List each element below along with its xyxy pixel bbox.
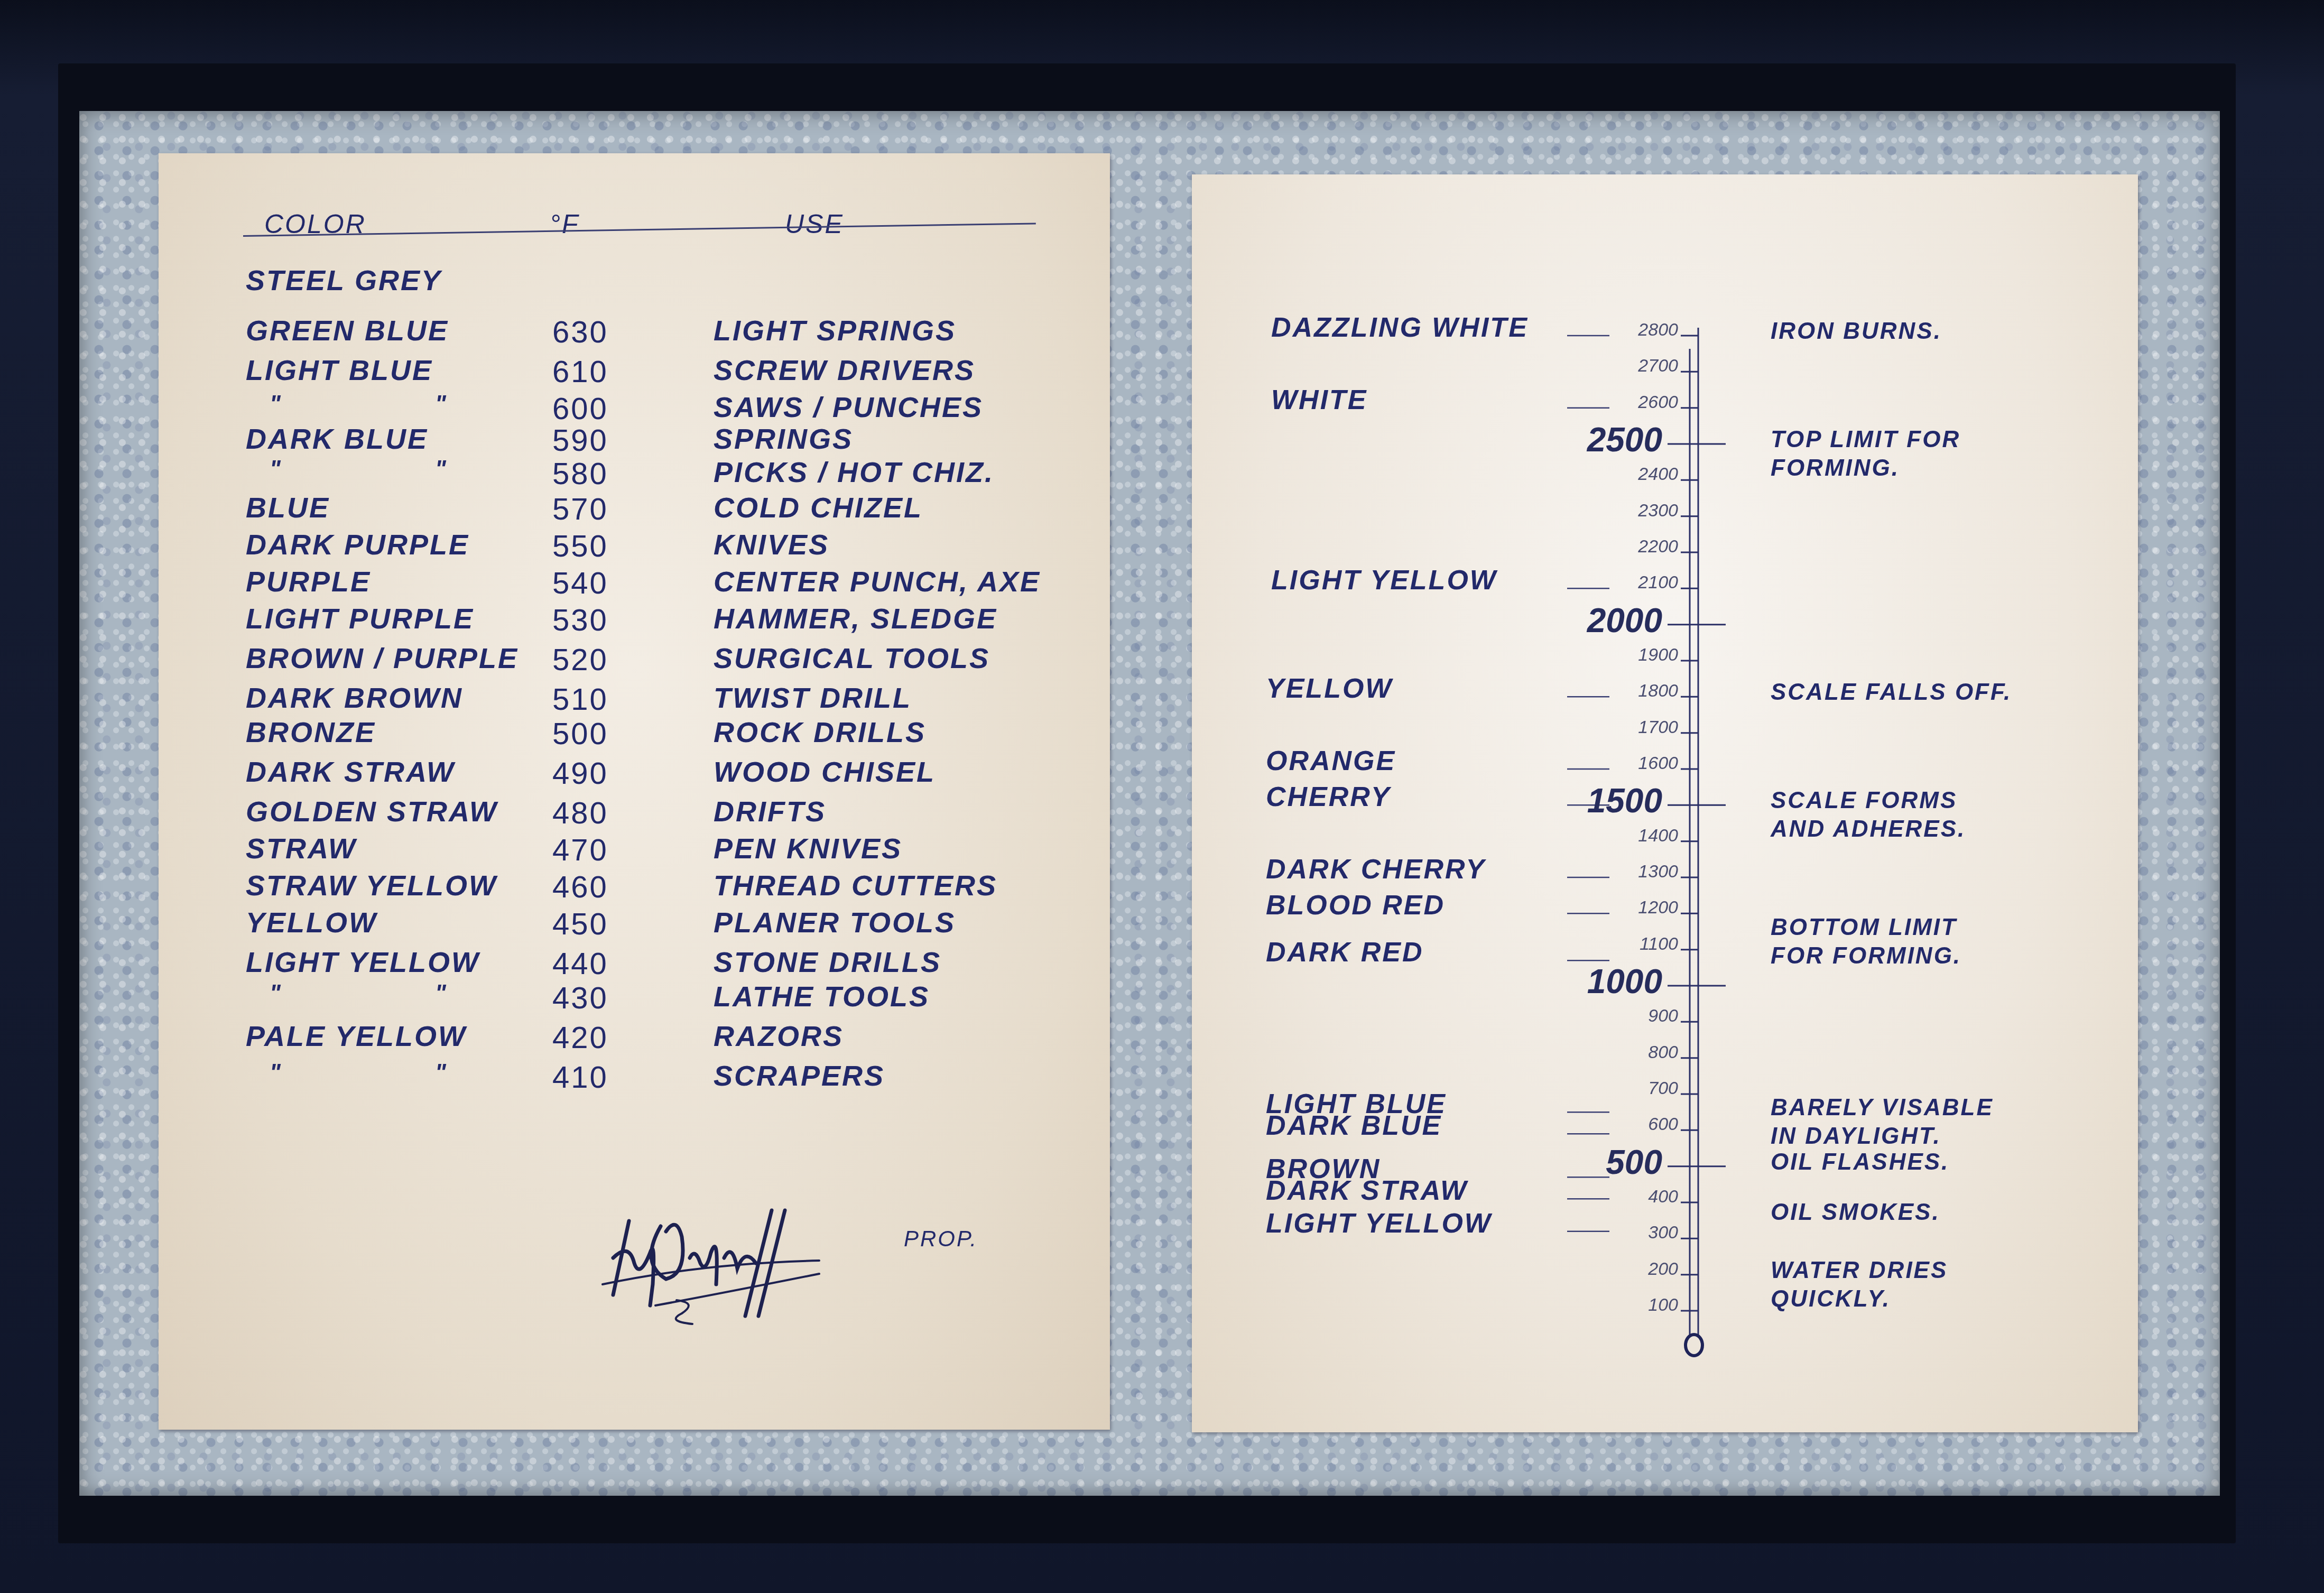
color-cell: " " [246, 1060, 520, 1086]
heat-note: Top Limit for Forming. [1771, 425, 1960, 483]
scale-tick-label: 2100 [1599, 572, 1678, 593]
table-row: LIGHT BLUE610SCREW DRIVERS [159, 354, 1110, 391]
heat-color-label: Blood Red [1266, 890, 1445, 921]
table-row: YELLOW450PLANER TOOLS [159, 906, 1110, 943]
scale-tick-label: 800 [1599, 1042, 1678, 1063]
scale-major-label: 2000 [1546, 601, 1662, 640]
scale-tick-label: 700 [1599, 1078, 1678, 1099]
degree-cell: 550 [552, 529, 608, 564]
color-cell: DARK PURPLE [246, 529, 469, 561]
scale-major-label: 1000 [1546, 962, 1662, 1001]
use-cell: DRIFTS [714, 795, 826, 828]
table-row: BRONZE500ROCK DRILLS [159, 716, 1110, 753]
heat-note: Scale Falls Off. [1771, 678, 2012, 707]
use-cell: HAMMER, SLEDGE [714, 603, 997, 635]
scale-tick-label: 1800 [1599, 681, 1678, 701]
use-cell: RAZORS [714, 1020, 844, 1053]
table-row: LIGHT PURPLE530HAMMER, SLEDGE [159, 603, 1110, 640]
table-row: DARK BLUE590SPRINGS [159, 423, 1110, 460]
heat-color-label: Dark Blue [1266, 1110, 1442, 1142]
heat-note: Oil Flashes. [1771, 1148, 1949, 1177]
scale-tick-label: 2300 [1599, 501, 1678, 521]
signature-suffix: PROP. [904, 1226, 978, 1252]
degree-cell: 600 [552, 391, 608, 427]
color-cell: STRAW YELLOW [246, 869, 497, 902]
use-cell: CENTER PUNCH, AXE [714, 566, 1041, 598]
use-cell: TWIST DRILL [714, 682, 912, 715]
scale-tick-label: 1200 [1599, 897, 1678, 918]
degree-cell: 480 [552, 795, 608, 831]
degree-cell: 430 [552, 980, 608, 1016]
degree-cell: 510 [552, 682, 608, 717]
color-cell: GREEN BLUE [246, 314, 449, 347]
color-cell: GOLDEN STRAW [246, 795, 498, 828]
table-row: " "410SCRAPERS [159, 1060, 1110, 1097]
degree-cell: 410 [552, 1060, 608, 1095]
scale-tick-label: 2800 [1599, 320, 1678, 340]
scale-tick-label: 2700 [1599, 356, 1678, 376]
use-cell: PLANER TOOLS [714, 906, 956, 939]
heat-color-label: Dark Straw [1266, 1175, 1468, 1207]
heat-color-label: Light Yellow [1271, 564, 1497, 596]
heat-color-label: Dark Red [1266, 937, 1423, 968]
scale-tick-label: 2400 [1599, 464, 1678, 485]
use-cell: THREAD CUTTERS [714, 869, 997, 902]
degree-cell: 630 [552, 314, 608, 350]
degree-cell: 590 [552, 423, 608, 458]
table-row: PURPLE540CENTER PUNCH, AXE [159, 566, 1110, 603]
color-cell: BROWN / PURPLE [246, 642, 518, 675]
signature [597, 1200, 872, 1327]
use-cell: WOOD CHISEL [714, 756, 936, 789]
table-row: DARK STRAW490WOOD CHISEL [159, 756, 1110, 793]
header-use: USE [785, 209, 844, 239]
degree-cell: 440 [552, 946, 608, 981]
degree-cell: 540 [552, 566, 608, 601]
table-row: STRAW YELLOW460THREAD CUTTERS [159, 869, 1110, 906]
use-cell: LATHE TOOLS [714, 980, 930, 1013]
use-cell: PEN KNIVES [714, 832, 902, 865]
table-row: STRAW470PEN KNIVES [159, 832, 1110, 869]
scale-tick-label: 300 [1599, 1222, 1678, 1243]
use-cell: SURGICAL TOOLS [714, 642, 990, 675]
use-cell: KNIVES [714, 529, 829, 561]
heat-note: Iron Burns. [1771, 317, 1942, 346]
scale-tick-label: 1900 [1599, 645, 1678, 665]
heat-color-label: Dazzling White [1271, 312, 1529, 344]
table-row: LIGHT YELLOW440STONE DRILLS [159, 946, 1110, 983]
scale-tick-label: 400 [1599, 1187, 1678, 1207]
degree-cell: 460 [552, 869, 608, 905]
color-cell: PALE YELLOW [246, 1020, 467, 1053]
scale-tick-label: 1400 [1599, 826, 1678, 846]
table-row: GOLDEN STRAW480DRIFTS [159, 795, 1110, 832]
scale-tick-label: 900 [1599, 1006, 1678, 1026]
scale-tick-label: 2200 [1599, 536, 1678, 557]
heat-note: Barely Visable in Daylight. [1771, 1094, 1994, 1151]
scale-tick-label: 2600 [1599, 392, 1678, 413]
degree-cell: 470 [552, 832, 608, 868]
scale-tick-label: 1100 [1599, 934, 1678, 955]
color-cell: " " [246, 980, 520, 1007]
scale-tick-label: 1300 [1599, 862, 1678, 882]
degree-cell: 490 [552, 756, 608, 791]
use-cell: SPRINGS [714, 423, 853, 456]
degree-cell: 530 [552, 603, 608, 638]
scale-major-label: 500 [1546, 1143, 1662, 1182]
heat-color-label: Light Yellow [1266, 1208, 1492, 1239]
degree-cell: 420 [552, 1020, 608, 1055]
color-cell: BRONZE [246, 716, 376, 749]
color-cell: PURPLE [246, 566, 371, 598]
color-cell: DARK BLUE [246, 423, 428, 456]
heat-color-label: Cherry [1266, 781, 1391, 813]
scale-tick-label: 1600 [1599, 753, 1678, 774]
table-row: DARK PURPLE550KNIVES [159, 529, 1110, 566]
color-cell: LIGHT BLUE [246, 354, 433, 387]
color-cell: BLUE [246, 492, 330, 524]
color-cell: YELLOW [246, 906, 377, 939]
heat-color-label: White [1271, 384, 1368, 416]
color-cell: " " [246, 391, 520, 418]
table-row: " "580PICKS / HOT CHIZ. [159, 456, 1110, 493]
use-cell: SCRAPERS [714, 1060, 885, 1092]
heat-note: Scale Forms and Adheres. [1771, 786, 1966, 844]
table-row: " "430LATHE TOOLS [159, 980, 1110, 1017]
table-row: BROWN / PURPLE520SURGICAL TOOLS [159, 642, 1110, 679]
color-cell: LIGHT PURPLE [246, 603, 474, 635]
use-cell: SAWS / PUNCHES [714, 391, 983, 424]
header-degrees: °F [550, 209, 580, 239]
heat-color-label: Dark Cherry [1266, 854, 1486, 885]
degree-cell: 520 [552, 642, 608, 678]
use-cell: LIGHT SPRINGS [714, 314, 956, 347]
scale-tick-label: 600 [1599, 1114, 1678, 1135]
color-cell: STEEL GREY [246, 264, 442, 297]
heat-color-label: Orange [1266, 745, 1396, 777]
color-cell: STRAW [246, 832, 357, 865]
degree-cell: 500 [552, 716, 608, 752]
scale-tick-label: 100 [1599, 1295, 1678, 1316]
degree-cell: 450 [552, 906, 608, 942]
scale-major-label: 2500 [1546, 420, 1662, 459]
use-cell: PICKS / HOT CHIZ. [714, 456, 994, 489]
table-row: PALE YELLOW420RAZORS [159, 1020, 1110, 1057]
table-row: GREEN BLUE630LIGHT SPRINGS [159, 314, 1110, 351]
degree-cell: 610 [552, 354, 608, 390]
tempering-chart-sheet: COLOR °F USE STEEL GREYGREEN BLUE630LIGH… [159, 153, 1110, 1430]
scale-tick-label: 1700 [1599, 717, 1678, 738]
table-row: DARK BROWN510TWIST DRILL [159, 682, 1110, 719]
use-cell: ROCK DRILLS [714, 716, 926, 749]
heat-note: Oil Smokes. [1771, 1198, 1940, 1227]
heat-note: Water Dries Quickly. [1771, 1256, 1948, 1313]
color-cell: DARK BROWN [246, 682, 463, 715]
scale-major-label: 1500 [1546, 781, 1662, 820]
heat-note: Bottom Limit for Forming. [1771, 913, 1961, 970]
use-cell: SCREW DRIVERS [714, 354, 975, 387]
scale-tick-label: 200 [1599, 1259, 1678, 1280]
use-cell: COLD CHIZEL [714, 492, 923, 524]
color-cell: LIGHT YELLOW [246, 946, 480, 979]
forging-heat-sheet: 1002003004006007008009001100120013001400… [1192, 174, 2138, 1432]
color-cell: DARK STRAW [246, 756, 455, 789]
table-row: STEEL GREY [159, 264, 1110, 301]
degree-cell: 580 [552, 456, 608, 492]
color-cell: " " [246, 456, 520, 483]
degree-cell: 570 [552, 492, 608, 527]
heat-color-label: Yellow [1266, 673, 1393, 705]
table-row: BLUE570COLD CHIZEL [159, 492, 1110, 529]
use-cell: STONE DRILLS [714, 946, 941, 979]
